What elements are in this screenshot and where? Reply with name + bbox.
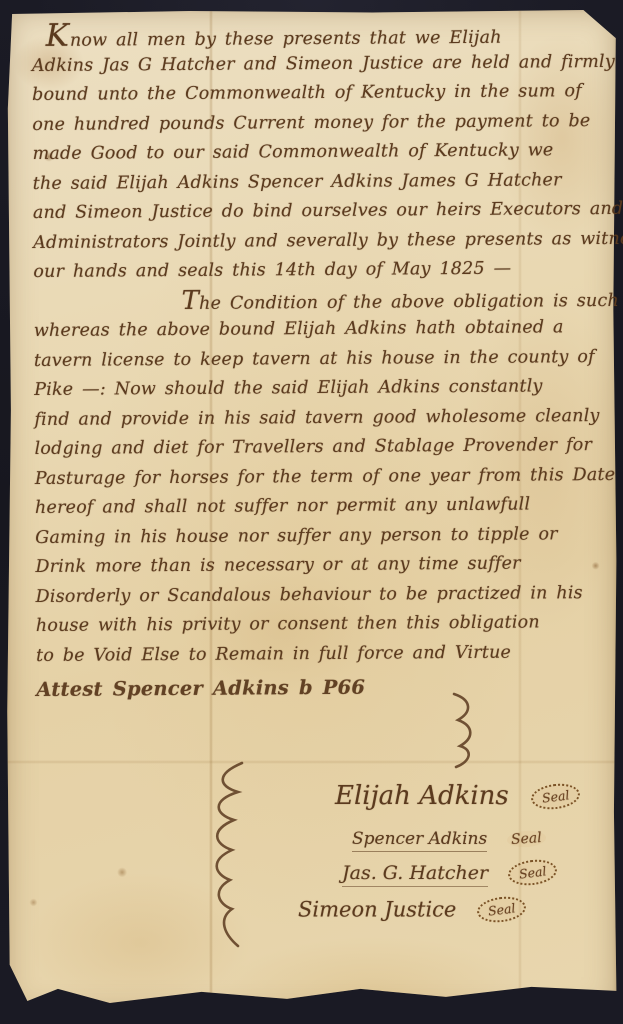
manuscript-line: the said Elijah Adkins Spencer Adkins Ja… [33, 166, 599, 199]
seal-mark: Seal [530, 781, 582, 812]
signature-row: Spencer Adkins Seal [352, 828, 545, 849]
manuscript-line: Administrators Jointly and severally by … [33, 225, 599, 258]
signature-row: Simeon Justice Seal [298, 896, 526, 922]
seal-mark: Seal [506, 829, 546, 848]
manuscript-line: tavern license to keep tavern at his hou… [34, 343, 600, 376]
brace-squiggle-icon [442, 690, 478, 774]
signature-name: Jas. G. Hatcher [342, 862, 488, 887]
signature-row: Jas. G. Hatcher Seal [342, 860, 558, 885]
manuscript-line: one hundred pounds Current money for the… [32, 107, 598, 140]
fold-crease-horizontal [6, 760, 617, 764]
manuscript-line: The Condition of the above obligation is… [33, 284, 599, 317]
pen-squiggle-icon [196, 758, 268, 957]
manuscript-line: find and provide in his said tavern good… [34, 402, 600, 435]
manuscript-line: hereof and shall not suffer nor permit a… [35, 490, 601, 523]
manuscript-line: Drink more than is necessary or at any t… [35, 549, 601, 582]
signature-name: Spencer Adkins [352, 829, 487, 852]
scan-background: Know all men by these presents that we E… [0, 0, 623, 1024]
manuscript-line: Gaming in his house nor suffer any perso… [35, 520, 601, 553]
seal-mark: Seal [507, 857, 559, 888]
attest-line: Attest Spencer Adkins b P66 [36, 671, 602, 704]
signature-name: Elijah Adkins [335, 781, 509, 811]
manuscript-line: our hands and seals this 14th day of May… [33, 254, 599, 287]
manuscript-line: Pike —: Now should the said Elijah Adkin… [34, 372, 600, 405]
seal-mark: Seal [476, 894, 528, 925]
manuscript-line: Disorderly or Scandalous behaviour to be… [36, 579, 602, 612]
manuscript-line: Know all men by these presents that we E… [32, 18, 598, 51]
manuscript-line: Pasturage for horses for the term of one… [35, 461, 601, 494]
manuscript-line: whereas the above bound Elijah Adkins ha… [34, 313, 600, 346]
manuscript-line: house with his privity or consent then t… [36, 608, 602, 641]
manuscript-line: and Simeon Justice do bind ourselves our… [33, 195, 599, 228]
manuscript-line: Adkins Jas G Hatcher and Simeon Justice … [32, 48, 598, 81]
signature-row: Elijah Adkins Seal [335, 780, 580, 811]
manuscript-line: to be Void Else to Remain in full force … [36, 638, 602, 671]
manuscript-line: bound unto the Commonwealth of Kentucky … [32, 77, 598, 110]
manuscript-line: lodging and diet for Travellers and Stab… [35, 431, 601, 464]
manuscript-body: Know all men by these presents that we E… [32, 18, 603, 704]
manuscript-line: made Good to our said Commonwealth of Ke… [32, 136, 598, 169]
signature-name: Simeon Justice [298, 898, 456, 922]
